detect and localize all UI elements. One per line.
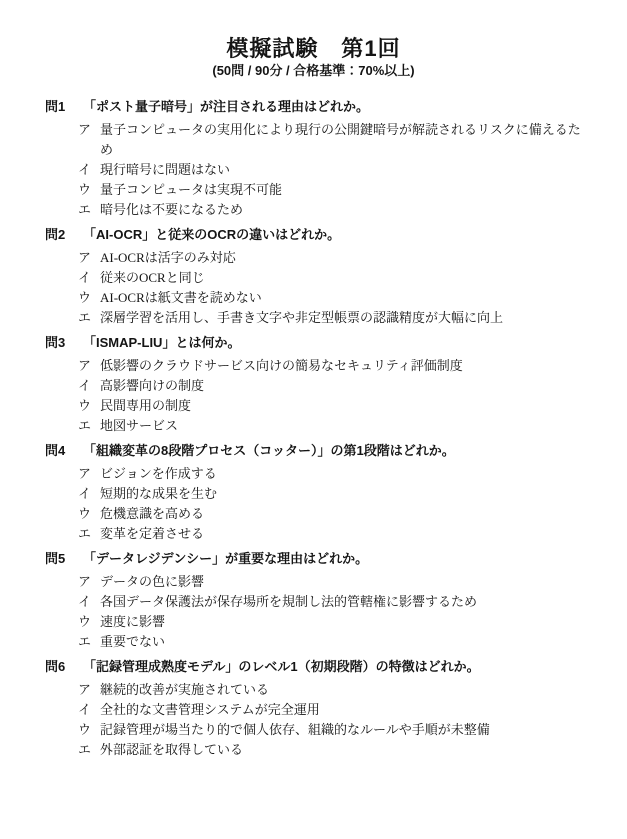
option-text: 深層学習を活用し、手書き文字や非定型帳票の認識精度が大幅に向上 (100, 308, 582, 328)
question-number: 問5 (45, 550, 83, 567)
option-letter: ウ (78, 288, 100, 308)
question-block-5: 問5 「データレジデンシー」が重要な理由はどれか。 ア データの色に影響 イ 各… (45, 550, 582, 652)
option-e: エ 暗号化は不要になるため (45, 200, 582, 220)
option-text: 現行暗号に問題はない (100, 160, 582, 180)
option-text: 民間専用の制度 (100, 396, 582, 416)
option-i: イ 全社的な文書管理システムが完全運用 (45, 700, 582, 720)
option-text: データの色に影響 (100, 572, 582, 592)
option-e: エ 深層学習を活用し、手書き文字や非定型帳票の認識精度が大幅に向上 (45, 308, 582, 328)
option-letter: エ (78, 308, 100, 328)
page-subtitle: (50問 / 90分 / 合格基準：70%以上) (45, 63, 582, 79)
question-number: 問4 (45, 442, 83, 459)
option-letter: イ (78, 376, 100, 396)
question-block-4: 問4 「組織変革の8段階プロセス（コッター）」の第1段階はどれか。 ア ビジョン… (45, 442, 582, 544)
option-letter: ア (78, 248, 100, 268)
question-header: 問5 「データレジデンシー」が重要な理由はどれか。 (45, 550, 582, 567)
option-list: ア 継続的改善が実施されている イ 全社的な文書管理システムが完全運用 ウ 記録… (45, 680, 582, 760)
option-i: イ 現行暗号に問題はない (45, 160, 582, 180)
option-text: 低影響のクラウドサービス向けの簡易なセキュリティ評価制度 (100, 356, 582, 376)
question-text: 「ポスト量子暗号」が注目される理由はどれか。 (83, 98, 582, 115)
option-u: ウ 量子コンピュータは実現不可能 (45, 180, 582, 200)
option-list: ア ビジョンを作成する イ 短期的な成果を生む ウ 危機意識を高める エ 変革を… (45, 464, 582, 544)
option-letter: イ (78, 160, 100, 180)
option-a: ア AI-OCRは活字のみ対応 (45, 248, 582, 268)
option-letter: エ (78, 632, 100, 652)
question-header: 問2 「AI-OCR」と従来のOCRの違いはどれか。 (45, 226, 582, 243)
question-block-3: 問3 「ISMAP-LIU」とは何か。 ア 低影響のクラウドサービス向けの簡易な… (45, 334, 582, 436)
question-text: 「データレジデンシー」が重要な理由はどれか。 (83, 550, 582, 567)
option-letter: エ (78, 524, 100, 544)
option-e: エ 変革を定着させる (45, 524, 582, 544)
question-header: 問6 「記録管理成熟度モデル」のレベル1（初期段階）の特徴はどれか。 (45, 658, 582, 675)
option-e: エ 重要でない (45, 632, 582, 652)
option-text: 量子コンピュータの実用化により現行の公開鍵暗号が解読されるリスクに備えるため (100, 120, 582, 160)
option-list: ア 低影響のクラウドサービス向けの簡易なセキュリティ評価制度 イ 高影響向けの制… (45, 356, 582, 436)
option-a: ア 継続的改善が実施されている (45, 680, 582, 700)
option-letter: ア (78, 464, 100, 484)
question-text: 「ISMAP-LIU」とは何か。 (83, 334, 582, 351)
option-letter: ア (78, 120, 100, 140)
option-text: 量子コンピュータは実現不可能 (100, 180, 582, 200)
option-text: 各国データ保護法が保存場所を規制し法的管轄権に影響するため (100, 592, 582, 612)
option-a: ア ビジョンを作成する (45, 464, 582, 484)
option-list: ア 量子コンピュータの実用化により現行の公開鍵暗号が解読されるリスクに備えるため… (45, 120, 582, 220)
question-number: 問1 (45, 98, 83, 115)
option-text: 記録管理が場当たり的で個人依存、組織的なルールや手順が未整備 (100, 720, 582, 740)
option-text: 地図サービス (100, 416, 582, 436)
option-i: イ 各国データ保護法が保存場所を規制し法的管轄権に影響するため (45, 592, 582, 612)
page-title: 模擬試験 第1回 (45, 36, 582, 62)
option-letter: ウ (78, 504, 100, 524)
option-text: 従来のOCRと同じ (100, 268, 582, 288)
question-number: 問3 (45, 334, 83, 351)
option-i: イ 高影響向けの制度 (45, 376, 582, 396)
option-letter: ア (78, 356, 100, 376)
option-e: エ 外部認証を取得している (45, 740, 582, 760)
question-header: 問1 「ポスト量子暗号」が注目される理由はどれか。 (45, 98, 582, 115)
option-a: ア 量子コンピュータの実用化により現行の公開鍵暗号が解読されるリスクに備えるため (45, 120, 582, 160)
option-text: 暗号化は不要になるため (100, 200, 582, 220)
option-u: ウ AI-OCRは紙文書を読めない (45, 288, 582, 308)
option-text: 速度に影響 (100, 612, 582, 632)
question-header: 問4 「組織変革の8段階プロセス（コッター）」の第1段階はどれか。 (45, 442, 582, 459)
option-list: ア データの色に影響 イ 各国データ保護法が保存場所を規制し法的管轄権に影響する… (45, 572, 582, 652)
option-letter: ア (78, 680, 100, 700)
option-u: ウ 速度に影響 (45, 612, 582, 632)
option-text: AI-OCRは紙文書を読めない (100, 288, 582, 308)
option-letter: エ (78, 200, 100, 220)
option-u: ウ 危機意識を高める (45, 504, 582, 524)
option-letter: ウ (78, 180, 100, 200)
option-text: 重要でない (100, 632, 582, 652)
option-letter: ウ (78, 612, 100, 632)
question-text: 「AI-OCR」と従来のOCRの違いはどれか。 (83, 226, 582, 243)
option-letter: ア (78, 572, 100, 592)
question-header: 問3 「ISMAP-LIU」とは何か。 (45, 334, 582, 351)
question-block-1: 問1 「ポスト量子暗号」が注目される理由はどれか。 ア 量子コンピュータの実用化… (45, 98, 582, 220)
question-text: 「組織変革の8段階プロセス（コッター）」の第1段階はどれか。 (83, 442, 582, 459)
question-block-2: 問2 「AI-OCR」と従来のOCRの違いはどれか。 ア AI-OCRは活字のみ… (45, 226, 582, 328)
question-number: 問6 (45, 658, 83, 675)
option-i: イ 短期的な成果を生む (45, 484, 582, 504)
option-text: 高影響向けの制度 (100, 376, 582, 396)
option-list: ア AI-OCRは活字のみ対応 イ 従来のOCRと同じ ウ AI-OCRは紙文書… (45, 248, 582, 328)
option-a: ア 低影響のクラウドサービス向けの簡易なセキュリティ評価制度 (45, 356, 582, 376)
exam-document-page: 模擬試験 第1回 (50問 / 90分 / 合格基準：70%以上) 問1 「ポス… (0, 0, 627, 839)
question-list: 問1 「ポスト量子暗号」が注目される理由はどれか。 ア 量子コンピュータの実用化… (45, 98, 582, 760)
option-text: AI-OCRは活字のみ対応 (100, 248, 582, 268)
option-letter: イ (78, 592, 100, 612)
option-u: ウ 民間専用の制度 (45, 396, 582, 416)
question-block-6: 問6 「記録管理成熟度モデル」のレベル1（初期段階）の特徴はどれか。 ア 継続的… (45, 658, 582, 760)
option-letter: エ (78, 740, 100, 760)
option-text: 短期的な成果を生む (100, 484, 582, 504)
option-text: 危機意識を高める (100, 504, 582, 524)
option-letter: イ (78, 700, 100, 720)
option-letter: イ (78, 268, 100, 288)
option-i: イ 従来のOCRと同じ (45, 268, 582, 288)
option-u: ウ 記録管理が場当たり的で個人依存、組織的なルールや手順が未整備 (45, 720, 582, 740)
option-letter: ウ (78, 396, 100, 416)
option-text: 外部認証を取得している (100, 740, 582, 760)
option-e: エ 地図サービス (45, 416, 582, 436)
option-text: 変革を定着させる (100, 524, 582, 544)
question-text: 「記録管理成熟度モデル」のレベル1（初期段階）の特徴はどれか。 (83, 658, 582, 675)
option-text: ビジョンを作成する (100, 464, 582, 484)
option-text: 継続的改善が実施されている (100, 680, 582, 700)
option-letter: イ (78, 484, 100, 504)
option-text: 全社的な文書管理システムが完全運用 (100, 700, 582, 720)
option-letter: ウ (78, 720, 100, 740)
option-letter: エ (78, 416, 100, 436)
question-number: 問2 (45, 226, 83, 243)
option-a: ア データの色に影響 (45, 572, 582, 592)
